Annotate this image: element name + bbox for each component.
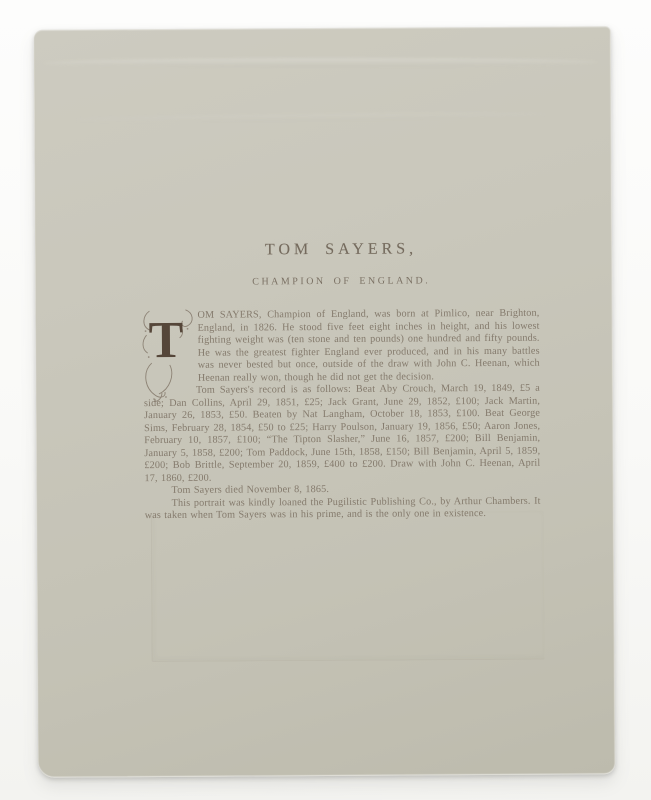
- page-content: TOM SAYERS, CHAMPION OF ENGLAND.: [143, 240, 541, 523]
- drop-cap-ornament: T: [143, 311, 193, 384]
- page-title: TOM SAYERS,: [143, 240, 539, 260]
- paragraph-record: Tom Sayers's record is as follows: Beat …: [144, 383, 541, 485]
- paper-crease: [74, 111, 551, 122]
- paragraph-portrait: This portrait was kindly loaned the Pugi…: [145, 495, 541, 522]
- paragraph-intro: T OM SAYERS, Champion of England, was bo…: [143, 308, 539, 385]
- scan-background: TOM SAYERS, CHAMPION OF ENGLAND.: [0, 0, 651, 800]
- page-subtitle: CHAMPION OF ENGLAND.: [143, 275, 539, 288]
- drop-cap-letter: T: [148, 312, 183, 369]
- paragraph-intro-text: OM SAYERS, Champion of England, was born…: [197, 308, 539, 384]
- paper-crease: [44, 58, 597, 68]
- drop-cap-flourish-icon: T: [139, 305, 198, 405]
- body-text: T OM SAYERS, Champion of England, was bo…: [143, 308, 540, 523]
- paper-sheet: TOM SAYERS, CHAMPION OF ENGLAND.: [34, 26, 616, 778]
- plate-impression: [151, 511, 545, 662]
